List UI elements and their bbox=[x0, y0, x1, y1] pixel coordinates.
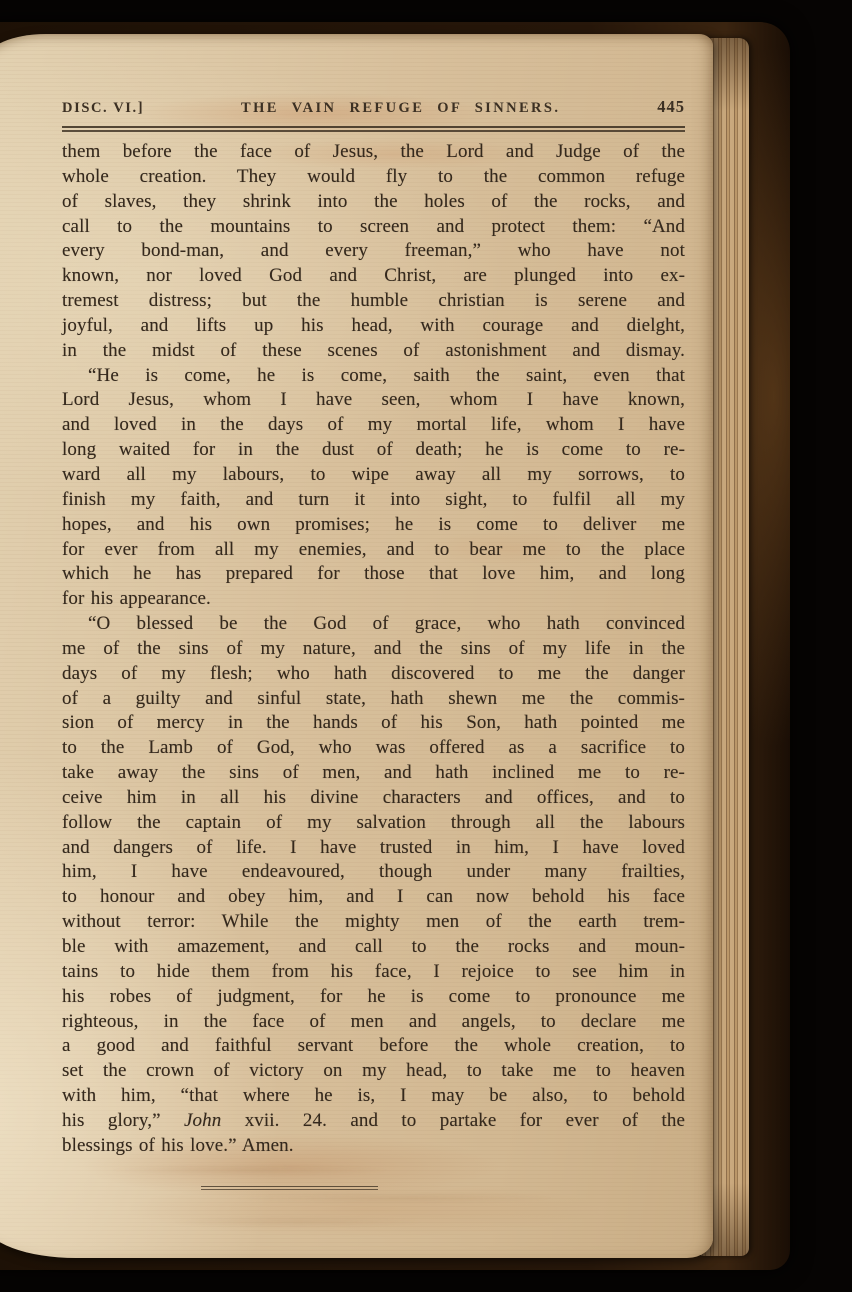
header-running-title: THE VAIN REFUGE OF SINNERS. bbox=[144, 100, 657, 117]
header-section-label: DISC. VI.] bbox=[62, 100, 144, 117]
text-line: known, nor loved God and Christ, are plu… bbox=[62, 264, 685, 289]
header-page-number: 445 bbox=[657, 97, 685, 117]
body-text: them before the face of Jesus, the Lord … bbox=[62, 140, 685, 1159]
text-line: “O blessed be the God of grace, who hath… bbox=[62, 612, 685, 637]
page-header: DISC. VI.] THE VAIN REFUGE OF SINNERS. 4… bbox=[62, 97, 685, 117]
text-line: of slaves, they shrink into the holes of… bbox=[62, 190, 685, 215]
text-line: to the Lamb of God, who was offered as a… bbox=[62, 736, 685, 761]
text-line: righteous, in the face of men and angels… bbox=[62, 1010, 685, 1035]
text-line: and loved in the days of my mortal life,… bbox=[62, 413, 685, 438]
text-line: days of my flesh; who hath discovered to… bbox=[62, 662, 685, 687]
text-line: me of the sins of my nature, and the sin… bbox=[62, 637, 685, 662]
text-line: Lord Jesus, whom I have seen, whom I hav… bbox=[62, 388, 685, 413]
text-line: call to the mountains to screen and prot… bbox=[62, 215, 685, 240]
text-line: of a guilty and sinful state, hath shewn… bbox=[62, 687, 685, 712]
end-of-discourse-rule bbox=[201, 1186, 378, 1190]
text-line: long waited for in the dust of death; he… bbox=[62, 438, 685, 463]
header-rule bbox=[62, 126, 685, 132]
text-line: him, I have endeavoured, though under ma… bbox=[62, 860, 685, 885]
text-line: tremest distress; but the humble christi… bbox=[62, 289, 685, 314]
text-line: set the crown of victory on my head, to … bbox=[62, 1059, 685, 1084]
text-line: blessings of his love.” Amen. bbox=[62, 1134, 685, 1159]
text-line: ble with amazement, and call to the rock… bbox=[62, 935, 685, 960]
text-line: tains to hide them from his face, I rejo… bbox=[62, 960, 685, 985]
text-line: a good and faithful servant before the w… bbox=[62, 1034, 685, 1059]
text-line: his glory,” John xvii. 24. and to partak… bbox=[62, 1109, 685, 1134]
text-line: without terror: While the mighty men of … bbox=[62, 910, 685, 935]
book-page: DISC. VI.] THE VAIN REFUGE OF SINNERS. 4… bbox=[0, 34, 713, 1258]
text-line: for ever from all my enemies, and to bea… bbox=[62, 538, 685, 563]
text-line: in the midst of these scenes of astonish… bbox=[62, 339, 685, 364]
paragraph: “He is come, he is come, saith the saint… bbox=[62, 364, 685, 612]
text-line: take away the sins of men, and hath incl… bbox=[62, 761, 685, 786]
text-line: and dangers of life. I have trusted in h… bbox=[62, 836, 685, 861]
text-line: ward all my labours, to wipe away all my… bbox=[62, 463, 685, 488]
text-line: to honour and obey him, and I can now be… bbox=[62, 885, 685, 910]
text-line: “He is come, he is come, saith the saint… bbox=[62, 364, 685, 389]
text-line: which he has prepared for those that lov… bbox=[62, 562, 685, 587]
text-line: sion of mercy in the hands of his Son, h… bbox=[62, 711, 685, 736]
paragraph: them before the face of Jesus, the Lord … bbox=[62, 140, 685, 364]
paragraph: “O blessed be the God of grace, who hath… bbox=[62, 612, 685, 1159]
black-background: DISC. VI.] THE VAIN REFUGE OF SINNERS. 4… bbox=[0, 0, 852, 1292]
text-line: for his appearance. bbox=[62, 587, 685, 612]
text-line: ceive him in all his divine characters a… bbox=[62, 786, 685, 811]
show-through-smudge bbox=[106, 1154, 586, 1234]
text-line: with him, “that where he is, I may be al… bbox=[62, 1084, 685, 1109]
text-line: whole creation. They would fly to the co… bbox=[62, 165, 685, 190]
text-line: follow the captain of my salvation throu… bbox=[62, 811, 685, 836]
text-line: hopes, and his own promises; he is come … bbox=[62, 513, 685, 538]
text-line: finish my faith, and turn it into sight,… bbox=[62, 488, 685, 513]
text-line: them before the face of Jesus, the Lord … bbox=[62, 140, 685, 165]
text-line: his robes of judgment, for he is come to… bbox=[62, 985, 685, 1010]
text-line: every bond-man, and every freeman,” who … bbox=[62, 239, 685, 264]
text-line: joyful, and lifts up his head, with cour… bbox=[62, 314, 685, 339]
